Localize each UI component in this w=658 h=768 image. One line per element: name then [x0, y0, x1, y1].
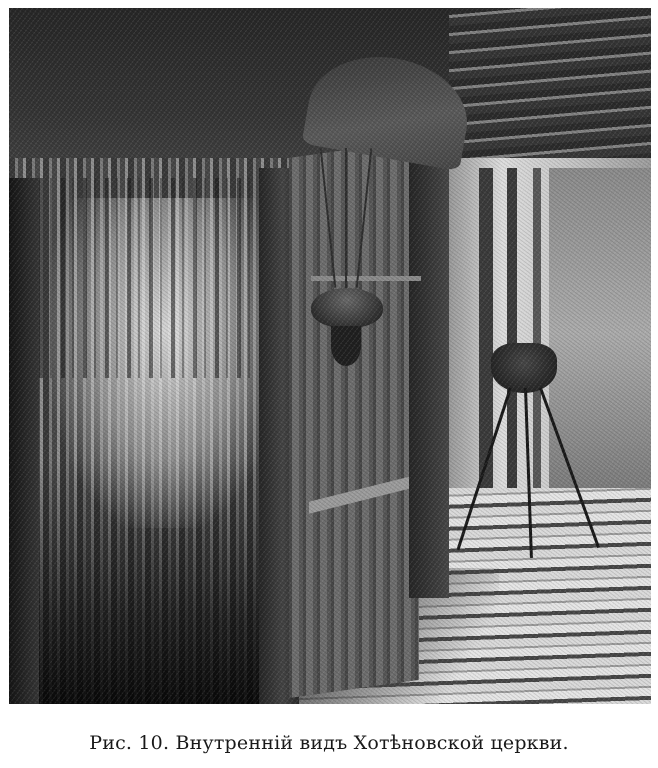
figure-caption: Рис. 10. Внутренній видъ Хотѣновской цер… [0, 732, 658, 754]
photo-grain [9, 8, 651, 704]
church-interior-photo [9, 8, 651, 704]
